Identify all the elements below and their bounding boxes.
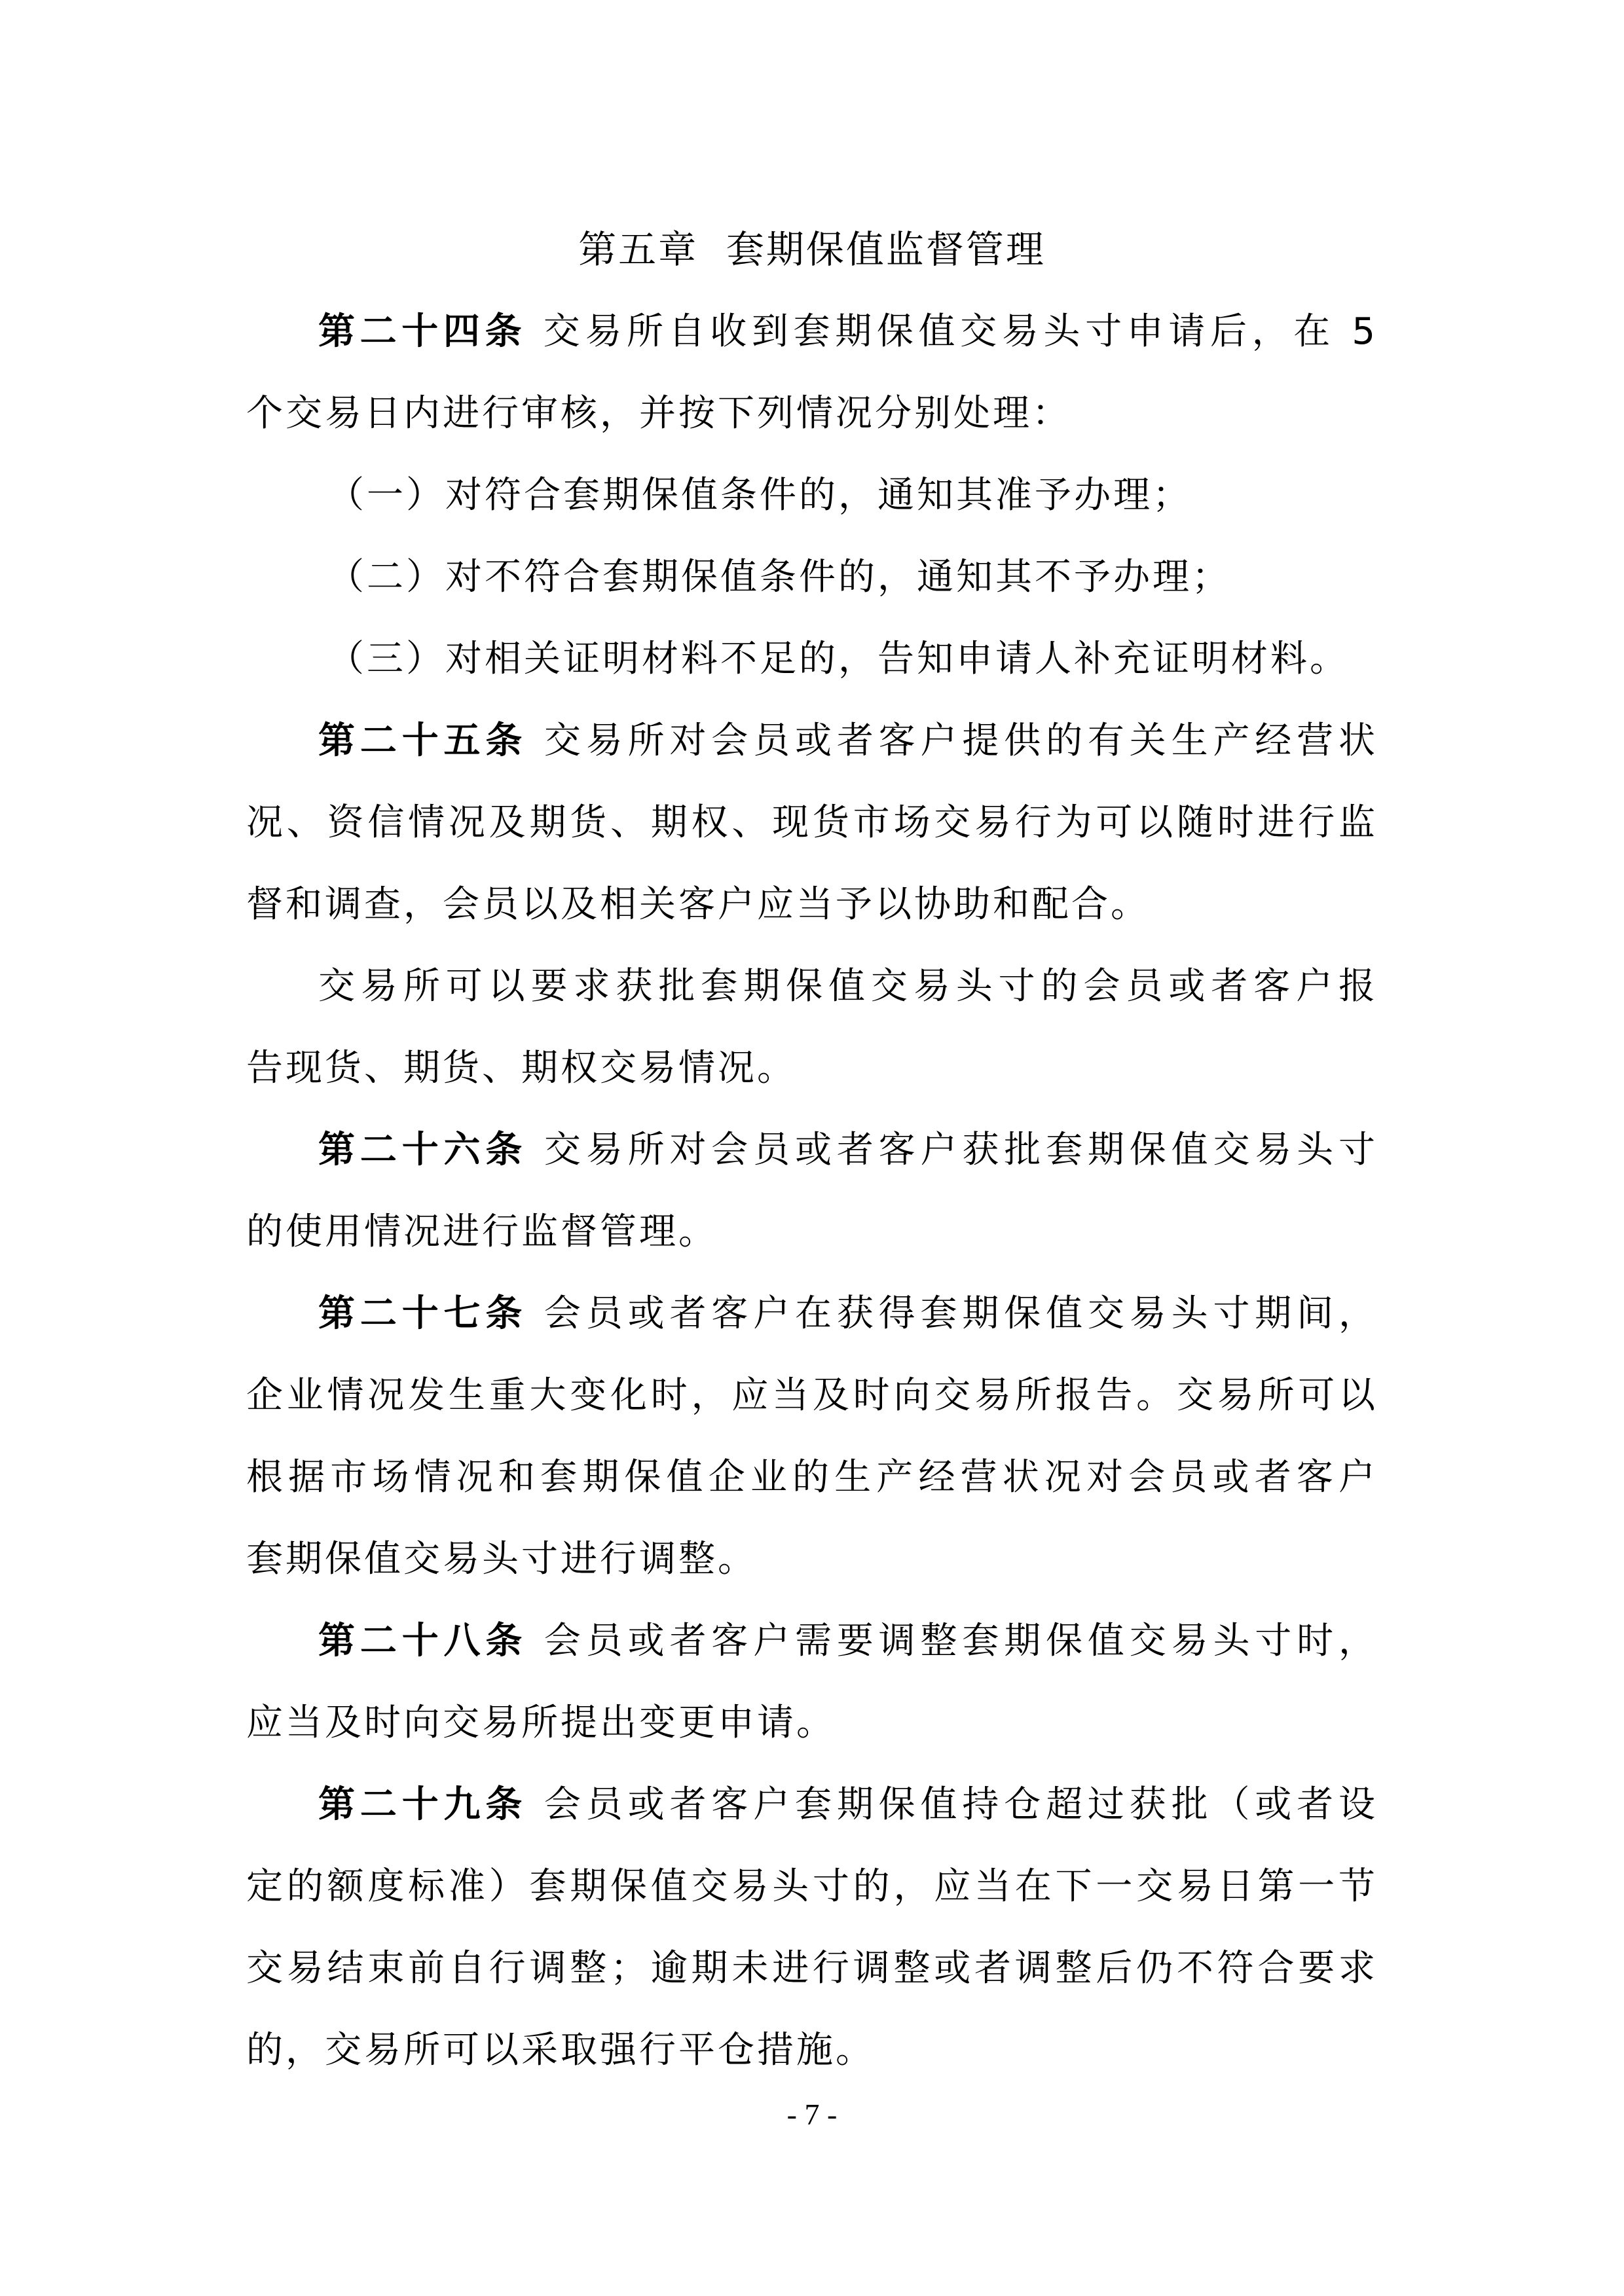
chapter-title: 第五章 套期保值监督管理 bbox=[0, 209, 1624, 291]
line-text: 定的额度标准）套期保值交易头寸的，应当在下一交易日第一节 bbox=[246, 1865, 1378, 1908]
article-number: 第二十九条 bbox=[318, 1783, 527, 1826]
text-line: 的，交易所可以采取强行平仓措施。 bbox=[246, 2009, 1378, 2091]
line-text: 交易所可以要求获批套期保值交易头寸的会员或者客户报 bbox=[318, 965, 1378, 1008]
line-text: （三）对相关证明材料不足的，告知申请人补充证明材料。 bbox=[327, 638, 1349, 680]
line-text: 况、资信情况及期货、期权、现货市场交易行为可以随时进行监 bbox=[246, 801, 1378, 844]
line-text: 应当及时向交易所提出变更申请。 bbox=[246, 1702, 836, 1744]
list-item-1: （一）对符合套期保值条件的，通知其准予办理； bbox=[246, 454, 1378, 536]
line-text: 的，交易所可以采取强行平仓措施。 bbox=[246, 2029, 875, 2071]
text-line: 第二十六条 交易所对会员或者客户获批套期保值交易头寸 bbox=[246, 1109, 1378, 1191]
line-text: 的使用情况进行监督管理。 bbox=[246, 1211, 718, 1253]
line-text: 企业情况发生重大变化时，应当及时向交易所报告。交易所可以 bbox=[246, 1374, 1378, 1417]
list-item-2: （二）对不符合套期保值条件的，通知其不予办理； bbox=[246, 536, 1378, 618]
article-number: 第二十五条 bbox=[318, 720, 527, 762]
line-text: （一）对符合套期保值条件的，通知其准予办理； bbox=[327, 474, 1192, 517]
line-text: 交易所对会员或者客户提供的有关生产经营状 bbox=[527, 720, 1378, 762]
text-line: 第二十五条 交易所对会员或者客户提供的有关生产经营状 bbox=[246, 700, 1378, 782]
article-number: 第二十六条 bbox=[318, 1129, 527, 1171]
page-number: - 7 - bbox=[0, 2088, 1624, 2141]
text-line: 交易所可以要求获批套期保值交易头寸的会员或者客户报 bbox=[246, 945, 1378, 1027]
article-number: 第二十四条 bbox=[318, 310, 526, 353]
text-line: 个交易日内进行审核，并按下列情况分别处理： bbox=[246, 373, 1378, 454]
text-line: 第二十四条 交易所自收到套期保值交易头寸申请后，在 5 bbox=[246, 291, 1378, 373]
line-text: 告现货、期货、期权交易情况。 bbox=[246, 1047, 796, 1089]
line-text: 个交易日内进行审核，并按下列情况分别处理： bbox=[246, 392, 1071, 435]
text-line: 交易结束前自行调整；逾期未进行调整或者调整后仍不符合要求 bbox=[246, 1927, 1378, 2009]
text-line: 套期保值交易头寸进行调整。 bbox=[246, 1518, 1378, 1600]
line-text: 督和调查，会员以及相关客户应当予以协助和配合。 bbox=[246, 883, 1150, 926]
article-number: 第二十七条 bbox=[318, 1292, 527, 1335]
line-text: 会员或者客户在获得套期保值交易头寸期间， bbox=[527, 1292, 1378, 1335]
text-line: 第二十七条 会员或者客户在获得套期保值交易头寸期间， bbox=[246, 1273, 1378, 1355]
text-line: 应当及时向交易所提出变更申请。 bbox=[246, 1682, 1378, 1764]
text-line: 根据市场情况和套期保值企业的生产经营状况对会员或者客户 bbox=[246, 1436, 1378, 1518]
line-text: 会员或者客户需要调整套期保值交易头寸时， bbox=[527, 1620, 1378, 1662]
text-line: 的使用情况进行监督管理。 bbox=[246, 1191, 1378, 1273]
line-text: 交易结束前自行调整；逾期未进行调整或者调整后仍不符合要求 bbox=[246, 1947, 1378, 1990]
line-text: 交易所对会员或者客户获批套期保值交易头寸 bbox=[527, 1129, 1378, 1171]
text-line: 定的额度标准）套期保值交易头寸的，应当在下一交易日第一节 bbox=[246, 1846, 1378, 1927]
list-item-3: （三）对相关证明材料不足的，告知申请人补充证明材料。 bbox=[246, 618, 1378, 700]
document-body: 第二十四条 交易所自收到套期保值交易头寸申请后，在 5 个交易日内进行审核，并按… bbox=[246, 291, 1378, 2091]
line-text: （二）对不符合套期保值条件的，通知其不予办理； bbox=[327, 556, 1231, 598]
line-text: 会员或者客户套期保值持仓超过获批（或者设 bbox=[527, 1783, 1378, 1826]
line-text: 交易所自收到套期保值交易头寸申请后，在 5 bbox=[526, 310, 1378, 353]
text-line: 第二十九条 会员或者客户套期保值持仓超过获批（或者设 bbox=[246, 1764, 1378, 1846]
text-line: 第二十八条 会员或者客户需要调整套期保值交易头寸时， bbox=[246, 1600, 1378, 1682]
line-text: 套期保值交易头寸进行调整。 bbox=[246, 1538, 757, 1580]
line-text: 根据市场情况和套期保值企业的生产经营状况对会员或者客户 bbox=[246, 1456, 1378, 1499]
document-page: 第五章 套期保值监督管理 第二十四条 交易所自收到套期保值交易头寸申请后，在 5… bbox=[0, 0, 1624, 2296]
text-line: 告现货、期货、期权交易情况。 bbox=[246, 1027, 1378, 1109]
article-number: 第二十八条 bbox=[318, 1620, 527, 1662]
text-line: 况、资信情况及期货、期权、现货市场交易行为可以随时进行监 bbox=[246, 782, 1378, 864]
text-line: 督和调查，会员以及相关客户应当予以协助和配合。 bbox=[246, 864, 1378, 945]
text-line: 企业情况发生重大变化时，应当及时向交易所报告。交易所可以 bbox=[246, 1355, 1378, 1436]
